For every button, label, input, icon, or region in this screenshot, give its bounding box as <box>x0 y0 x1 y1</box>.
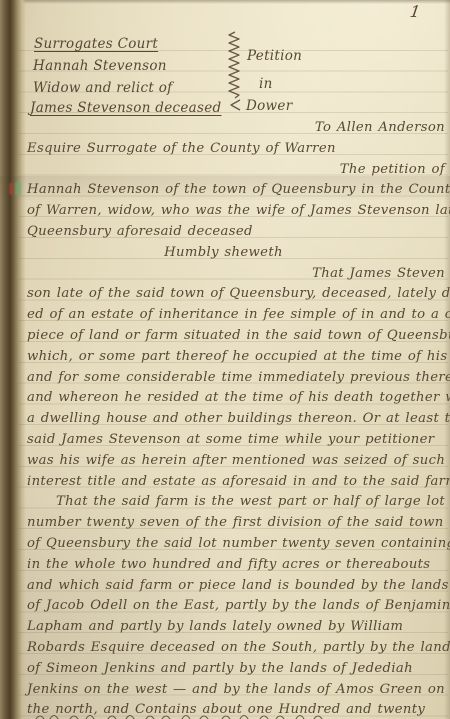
color-calibration-mark <box>9 182 23 196</box>
court-title: Surrogates Court <box>34 36 158 52</box>
manuscript-line: a dwelling house and other buildings the… <box>24 409 450 430</box>
manuscript-line: of Queensbury the said lot number twenty… <box>24 534 450 555</box>
decedent-name: James Stevenson deceased <box>30 100 221 116</box>
petitioner-name: Hannah Stevenson <box>33 58 167 74</box>
manuscript-lines: To Allen AndersonEsquire Surrogate of th… <box>24 118 450 719</box>
clipped-bottom-line <box>30 713 430 719</box>
manuscript-line: ed of an estate of inheritance in fee si… <box>24 305 450 326</box>
manuscript-line: Hannah Stevenson of the town of Queensbu… <box>24 180 450 201</box>
manuscript-line: interest title and estate as aforesaid i… <box>24 472 450 493</box>
manuscript-line: To Allen Anderson <box>24 118 450 139</box>
manuscript-line: son late of the said town of Queensbury,… <box>24 284 450 305</box>
manuscript-line: said James Stevenson at some time while … <box>24 430 450 451</box>
manuscript-line: Lapham and partly by lands lately owned … <box>24 617 450 638</box>
manuscript-line: The petition of <box>24 160 450 181</box>
manuscript-line: was his wife as herein after mentioned w… <box>24 451 450 472</box>
manuscript-page: 1 Surrogates Court Hannah Stevenson Wido… <box>0 0 450 719</box>
manuscript-line: and whereon he resided at the time of hi… <box>24 388 450 409</box>
manuscript-line: piece of land or farm situated in the sa… <box>24 326 450 347</box>
case-type-line-3: Dower <box>246 98 292 114</box>
red-mark <box>9 183 14 195</box>
case-caption: Surrogates Court Hannah Stevenson Widow … <box>0 0 450 116</box>
green-mark <box>15 182 21 195</box>
manuscript-line: in the whole two hundred and fifty acres… <box>24 555 450 576</box>
case-type-line-1: Petition <box>247 48 302 64</box>
manuscript-line: Humbly sheweth <box>24 243 450 264</box>
manuscript-line: and which said farm or piece land is bou… <box>24 576 450 597</box>
manuscript-line: Robards Esquire deceased on the South, p… <box>24 638 450 659</box>
manuscript-line: which, or some part thereof he occupied … <box>24 347 450 368</box>
case-type-line-2: in <box>259 76 273 92</box>
manuscript-line: Queensbury aforesaid deceased <box>24 222 450 243</box>
manuscript-line: and for some considerable time immediate… <box>24 368 450 389</box>
caption-brace-icon <box>226 30 244 116</box>
manuscript-line: That the said farm is the west part or h… <box>24 492 450 513</box>
manuscript-line: That James Steven <box>24 264 450 285</box>
manuscript-line: of Simeon Jenkins and partly by the land… <box>24 659 450 680</box>
manuscript-line: number twenty seven of the first divisio… <box>24 513 450 534</box>
manuscript-line: Jenkins on the west — and by the lands o… <box>24 680 450 701</box>
manuscript-line: of Warren, widow, who was the wife of Ja… <box>24 201 450 222</box>
manuscript-line: Esquire Surrogate of the County of Warre… <box>24 139 450 160</box>
manuscript-line: of Jacob Odell on the East, partly by th… <box>24 596 450 617</box>
petitioner-descriptor: Widow and relict of <box>33 80 172 96</box>
